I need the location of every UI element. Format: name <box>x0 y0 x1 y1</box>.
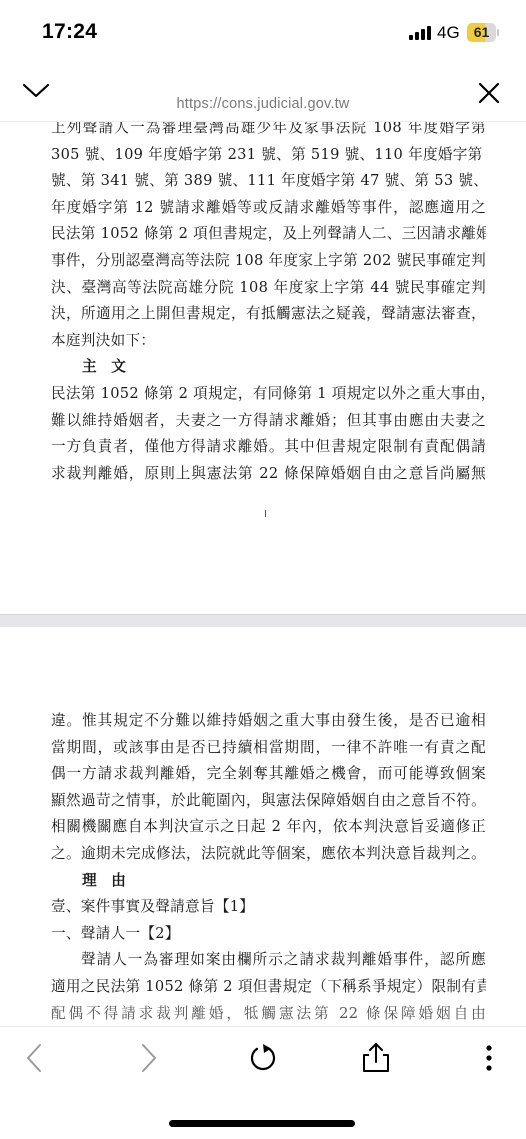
page2-text: 違。惟其規定不分難以維持婚姻之重大事由發生後，是否已逾相 當期間，或該事由是否已… <box>51 708 486 1026</box>
text-line: 本庭判決如下： <box>51 328 486 355</box>
text-line: 當期間，或該事由是否已持續相當期間，一律不許唯一有責之配 <box>51 735 486 762</box>
chevron-left-icon[interactable] <box>18 1041 52 1075</box>
battery-icon: 61 <box>467 23 496 42</box>
signal-icon <box>409 26 431 40</box>
network-type: 4G <box>437 23 460 43</box>
text-line: 一方負責者，僅他方得請求離婚。其中但書規定限制有責配偶請 <box>51 434 486 461</box>
text-line: 決、臺灣高等法院高雄分院 108 年度家上字第 44 號民事確定判 <box>51 275 486 302</box>
share-icon[interactable] <box>359 1041 393 1075</box>
battery-level: 61 <box>467 24 496 40</box>
home-indicator[interactable] <box>169 1120 355 1127</box>
text-line: 305 號、109 年度婚字第 231 號、第 519 號、110 年度婚字第 … <box>51 142 486 169</box>
text-line: 適用之民法第 1052 條第 2 項但書規定（下稱系爭規定）限制有責 <box>51 974 486 1001</box>
text-line: 相關機關應自本判決宣示之日起 2 年內，依本判決意旨妥適修正 <box>51 814 486 841</box>
text-line: 顯然過苛之情事，於此範圍內，與憲法保障婚姻自由之意旨不符。 <box>51 788 486 815</box>
text-line: 號、第 341 號、第 389 號、111 年度婚字第 47 號、第 53 號、… <box>51 168 486 195</box>
url-label: https://cons.judicial.gov.tw <box>0 96 526 112</box>
text-line: 聲請人一為審理如案由欄所示之請求裁判離婚事件，認所應 <box>51 947 486 974</box>
text-line-cutoff: 配偶不得請求裁判離婚，牴觸憲法第 22 條保障婚姻自由 <box>51 1001 486 1026</box>
intro-paragraph: 上列聲請人一為審理臺灣高雄少年及家事法院 108 年度婚字第 305 號、109… <box>51 121 486 487</box>
text-line: 決，所適用之上開但書規定，有抵觸憲法之疑義，聲請憲法審查， <box>51 301 486 328</box>
section-heading-reasons: 理 由 <box>51 868 486 895</box>
text-line: 上列聲請人一為審理臺灣高雄少年及家事法院 108 年度婚字第 <box>51 121 486 142</box>
more-vertical-icon[interactable] <box>472 1041 506 1075</box>
document-page-2: 違。惟其規定不分難以維持婚姻之重大事由發生後，是否已逾相 當期間，或該事由是否已… <box>0 627 526 1026</box>
text-line: 難以維持婚姻者，夫妻之一方得請求離婚；但其事由應由夫妻之 <box>51 408 486 435</box>
page-number <box>265 510 266 517</box>
section-title: 壹、案件事實及聲請意旨【1】 <box>51 894 486 921</box>
document-viewer[interactable]: 上列聲請人一為審理臺灣高雄少年及家事法院 108 年度婚字第 305 號、109… <box>0 121 526 1026</box>
status-time: 17:24 <box>42 20 97 44</box>
text-line: 事件，分別認臺灣高等法院 108 年度家上字第 202 號民事確定判 <box>51 248 486 275</box>
text-line: 違。惟其規定不分難以維持婚姻之重大事由發生後，是否已逾相 <box>51 708 486 735</box>
bottom-toolbar <box>0 1026 526 1139</box>
text-line: 求裁判離婚，原則上與憲法第 22 條保障婚姻自由之意旨尚屬無 <box>51 461 486 488</box>
text-line: 民法第 1052 條第 2 項規定，有同條第 1 項規定以外之重大事由， <box>51 381 486 408</box>
text-line: 之。逾期未完成修法，法院就此等個案，應依本判決意旨裁判之。 <box>51 841 486 868</box>
reload-icon[interactable] <box>246 1041 280 1075</box>
close-icon[interactable] <box>478 82 500 104</box>
text-line: 民法第 1052 條第 2 項但書規定，及上列聲請人二、三因請求離婚 <box>51 221 486 248</box>
section-heading-main-text: 主 文 <box>51 354 486 381</box>
text-line: 偶一方請求裁判離婚，完全剝奪其離婚之機會，而可能導致個案 <box>51 761 486 788</box>
browser-header: https://cons.judicial.gov.tw <box>0 64 526 122</box>
document-page-1: 上列聲請人一為審理臺灣高雄少年及家事法院 108 年度婚字第 305 號、109… <box>0 121 526 614</box>
text-line: 年度婚字第 12 號請求離婚等或反請求離婚等事件，認應適用之 <box>51 195 486 222</box>
subsection-title: 一、聲請人一【2】 <box>51 921 486 948</box>
page-separator <box>0 614 526 628</box>
status-bar: 17:24 4G 61 <box>0 0 526 64</box>
battery-tip <box>497 29 499 36</box>
chevron-right-icon[interactable] <box>131 1041 165 1075</box>
